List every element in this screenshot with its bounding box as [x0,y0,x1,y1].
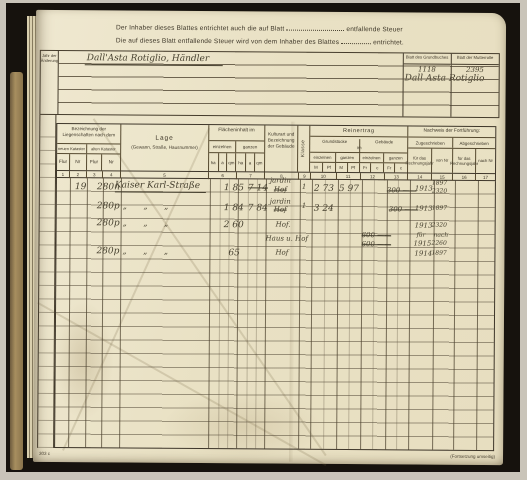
flaeche-subrow: einzelnen ganzen [209,141,264,153]
alter-kataster-label: alten Kataster [87,144,121,153]
entry-rechnungsjahr: 1913 [415,206,433,213]
subcolumn-line [372,180,375,449]
entry-kulturart-struck: Hof [274,207,287,214]
franc-label: Fr [360,163,372,172]
ganzen-label: ganzen [384,153,407,162]
ganzen-label: ganzen [336,153,360,162]
ganzen-label: ganzen [236,141,264,152]
gebaeude-label: Gebäude [360,139,408,144]
centime-label: c [371,163,384,172]
klasse-label: Klasse [301,140,306,157]
subcolumn-line [348,180,351,449]
entry-nr-alt: 280p [96,247,119,256]
entry-grundertrag-ganz: 5 97 [339,185,359,194]
continuation-note: (Fortsetzung umseitig) [389,453,495,459]
entry-von-nr: 2320 [432,223,447,229]
zugeschrieben-label: Zugeschrieben [408,137,453,147]
mutterrolle-value-handwritten: 2395 [451,67,499,74]
col-group-bezeichnung: Bezeichnung der Liegenschaften nach dem … [57,124,121,170]
column-line [408,180,411,449]
owner-name-handwritten: Dall'Asta Rotiglio, Händler [85,54,223,66]
zug-abg-row: Zugeschrieben Abgeschrieben [408,137,495,149]
column-line [453,181,456,450]
flaeche-label: Flächeninhalt im [209,125,264,141]
entry-rechnungsjahr: 1914 [414,251,432,258]
reinertrag-einzeln-ganz-row: einzelnen ganzen einzelnen ganzen [310,153,407,164]
flaeche-units-row: ha a qm ha a qm [209,153,264,171]
entry-ditto-marks: „ „ „ [122,247,168,255]
subcolumn-line [255,179,258,448]
column-line [336,180,339,449]
lage-label: Lage [121,134,208,142]
table-body: 19 280n Kaiser Karl-Straße 1 85 7 14 jar… [54,178,496,451]
table-header: Bezeichnung der Liegenschaften nach dem … [56,123,496,181]
entry-flaeche-einzeln: 1 85 [224,184,244,193]
bezeichnung-label: Bezeichnung der Liegenschaften nach dem [57,124,120,144]
entry-rechnungsjahr: 1913 [415,223,433,230]
qm-label: qm [255,153,264,171]
nach-nr-label: nach Nr [476,149,495,173]
nr-label: Nr [102,154,120,170]
qm-label: qm [227,153,236,171]
entry-von-nr: 2320 [432,189,447,195]
pfennig-label: Pf [323,163,336,172]
tax-note-line1-post: entfallende Steuer [346,26,402,33]
tax-note-line1: Der Inhaber dieses Blattes entrichtet au… [116,23,496,34]
franc-label: Fr [384,163,395,172]
entry-kulturart-alt: jardin [270,177,291,184]
entry-ditto-marks: „ „ „ [123,202,169,210]
column-line [310,180,313,449]
mutterrolle-column: Blatt der Mutterrolle 2395 [451,54,499,117]
subcolumn-line [396,180,399,449]
kataster-subrow: neuen Kataster alten Kataster [57,144,120,154]
reinertrag-subrow: Grundstücke Gebäude im [310,137,407,154]
entry-klasse: 1 [302,203,307,210]
mark-label: M [336,163,348,172]
mutterrolle-label: Blatt der Mutterrolle [451,54,499,65]
ha-label: ha [209,153,219,171]
subcolumn-line [323,180,326,449]
table-header-row: Bezeichnung der Liegenschaften nach dem … [57,124,495,173]
reinertrag-label: Reinertrag [310,126,407,138]
col-lage: Lage (Gewann, Straße, Hausnummer) [121,124,209,171]
flur-label: Flur [87,154,103,170]
grundbuch-value-handwritten: 1118 [404,66,451,73]
column-line [208,179,211,448]
entry-lage: Kaiser Karl-Straße [115,181,206,193]
scanned-ledger-photo: Der Inhaber dieses Blattes entrichtet au… [0,0,527,480]
im-label: im [310,145,408,151]
entry-flaeche-ganz: 7 84 [248,204,268,213]
tax-note-line2: Die auf dieses Blatt entfallende Steuer … [116,36,496,47]
owner-main-area: Dall'Asta Rotiglio, Händler Dall Asta Ro… [58,51,498,117]
pfennig-label: Pf [348,163,360,172]
register-reference-columns: Blatt des Grundbuches 1118 Blatt der Mut… [402,53,498,117]
column-line [264,179,267,448]
entry-nr-alt: 280p [97,202,120,211]
neuer-kataster-label: neuen Kataster [57,144,87,153]
fortfuehrung-sublabels: für das Rechnungsjahr von Nr für das Rec… [408,148,495,173]
entry-rechnungsjahr: 1915 [413,241,431,248]
col-kulturart: Kulturart und Bezeichnung der Gebäude [265,125,299,171]
reinertrag-units-row: M Pf M Pf Fr c Fr c [310,163,407,173]
column-line [476,181,479,450]
column-line [85,178,88,447]
entry-rechnungsjahr: 1913 [415,186,433,193]
entry-nach-nr: 2260 [431,241,446,247]
flur-label: Flur [57,154,70,170]
lage-sublabel: (Gewann, Straße, Hausnummer) [121,144,208,150]
flur-nr-subrow: Flur Nr Flur Nr [57,154,120,170]
rechnungsjahr-label: für das Rechnungsjahr [408,148,432,172]
entry-ditto-marks: „ „ „ [123,219,169,227]
col-group-flaecheninhalt: Flächeninhalt im einzelnen ganzen ha a q… [209,125,265,171]
year-of-change-column: Jahr der Änderung [40,51,58,114]
entry-nr-neu: 19 [75,183,87,192]
nr-label: Nr [70,154,87,170]
einzelnen-label: einzelnen [310,153,336,162]
grundbuch-column: Blatt des Grundbuches 1118 [403,53,451,116]
tax-note-line2-pre: Die auf dieses Blatt entfallende Steuer … [116,37,339,46]
dotted-blank [341,38,371,44]
entry-flaeche-einzeln: 65 [228,249,240,258]
subcolumn-line [218,179,221,448]
einzelnen-label: einzelnen [209,141,237,152]
entry-gebaeude-struck: 600 —— [361,241,391,248]
column-line [298,180,301,449]
entry-kulturart-struck: Hof [274,187,287,194]
entry-flaeche-ganz-struck: 7 14 [248,184,268,193]
entry-von-nr: 1897 [431,251,446,257]
entry-klasse: 1 [302,184,307,191]
entry-kulturart: Haus u. Hof [266,235,309,242]
entry-kulturart: Hof. [276,222,291,229]
entry-grundertrag-einzeln: 3 24 [314,205,334,214]
grundbuch-label: Blatt des Grundbuches [404,53,451,64]
abgeschrieben-label: Abgeschrieben [453,138,495,148]
tax-note-line2-post: entrichtet. [373,39,404,46]
col-klasse: Klasse [298,126,310,172]
entry-nach-nr-prefix: nach [434,233,449,239]
rechnungsjahr-label: für das Rechnungsjahr [453,149,476,173]
a-label: a [246,153,255,171]
col-group-reinertrag: Reinertrag Grundstücke Gebäude im einzel… [310,126,408,173]
einzelnen-label: einzelnen [360,153,385,162]
mark-label: M [310,163,323,172]
form-number: 303 c [39,451,50,456]
ha-label: ha [236,153,246,171]
nachweis-label: Nachweis der Fortführung: [408,126,495,138]
entry-kulturart: Hof [275,250,288,257]
entry-flaeche-einzeln: 2 60 [224,221,244,230]
entry-gebaeude-struck: 600 —— [362,232,392,239]
tax-note-line1-pre: Der Inhaber dieses Blattes entrichtet au… [116,24,284,32]
dotted-blank [286,25,344,31]
year-of-change-label: Jahr der Änderung [41,53,58,63]
entry-von-nr: 1897 [432,206,447,212]
entry-gebaeude-struck: 300 —— [387,187,417,194]
column-line [360,180,363,449]
subcolumn-line [246,179,249,448]
entry-nr-alt: 280p [97,219,120,228]
entry-von-nr: 1897 [432,181,447,187]
column-line [68,178,71,447]
ledger-page: Der Inhaber dieses Blattes entrichtet au… [33,10,506,465]
owner-box: Jahr der Änderung Dall'Asta Rotiglio, Hä… [39,50,499,118]
column-line [385,180,388,449]
entry-grundertrag-einzeln: 2 73 [314,185,334,194]
entry-rechnungsjahr-prefix: für [417,233,426,239]
entry-flaeche-einzeln: 1 84 [224,204,244,213]
book-binding-spine [10,72,23,470]
a-label: a [219,153,228,171]
col-group-fortfuehrung: Nachweis der Fortführung: Zugeschrieben … [408,126,495,173]
